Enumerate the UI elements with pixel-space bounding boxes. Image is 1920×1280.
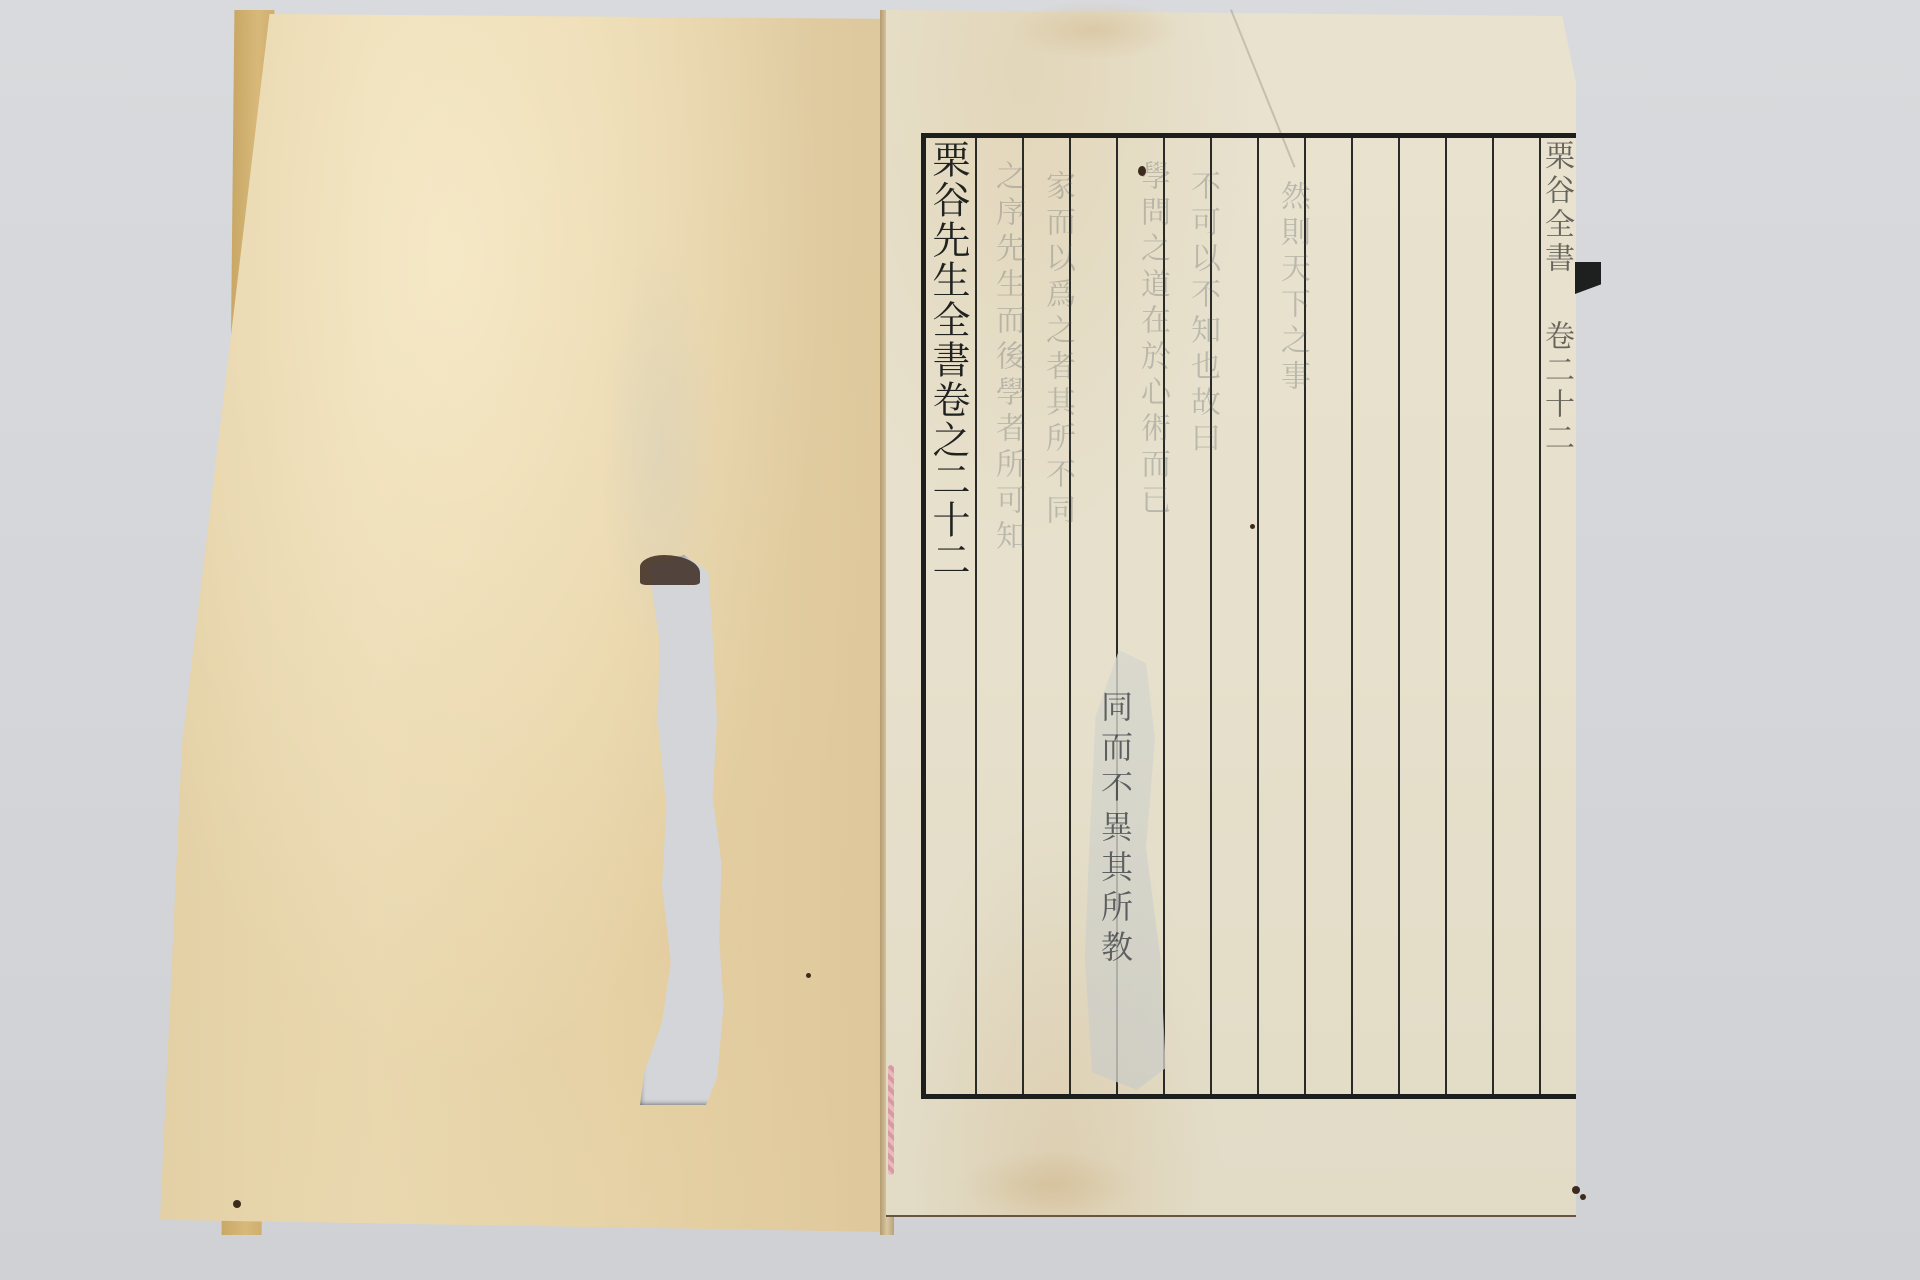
bleed-through-text: 然則天下之事 (1270, 180, 1314, 1080)
column-rule (975, 138, 977, 1094)
left-page-endpaper (160, 14, 890, 1232)
ink-speck (806, 973, 811, 978)
bleed-through-text: 之序先生而後學者所可知 (985, 160, 1029, 1060)
next-page-margin-title: 栗谷全書 (1548, 140, 1578, 276)
ink-speck (1580, 1194, 1586, 1200)
ink-speck (1250, 524, 1255, 529)
volume-title: 栗谷先生全書卷之二十二 (926, 140, 970, 580)
bleed-through-text: 家而以爲之者其所不同 (1035, 170, 1079, 1070)
patch-text: 同而不異其所教 (1090, 690, 1138, 970)
ink-speck (233, 1200, 241, 1208)
binding-thread (888, 1065, 894, 1175)
column-rule (1539, 138, 1541, 1094)
ink-speck (1138, 166, 1146, 176)
next-page-volume: 卷二十二 (1548, 320, 1578, 456)
bleed-through-text: 不可以不知也故曰 (1180, 170, 1224, 1070)
fish-tail-mark (1575, 262, 1601, 294)
column-rule (1492, 138, 1494, 1094)
column-rule (1398, 138, 1400, 1094)
column-rule (1351, 138, 1353, 1094)
column-rule (1445, 138, 1447, 1094)
column-rule (1257, 138, 1259, 1094)
ink-speck (1572, 1186, 1580, 1194)
